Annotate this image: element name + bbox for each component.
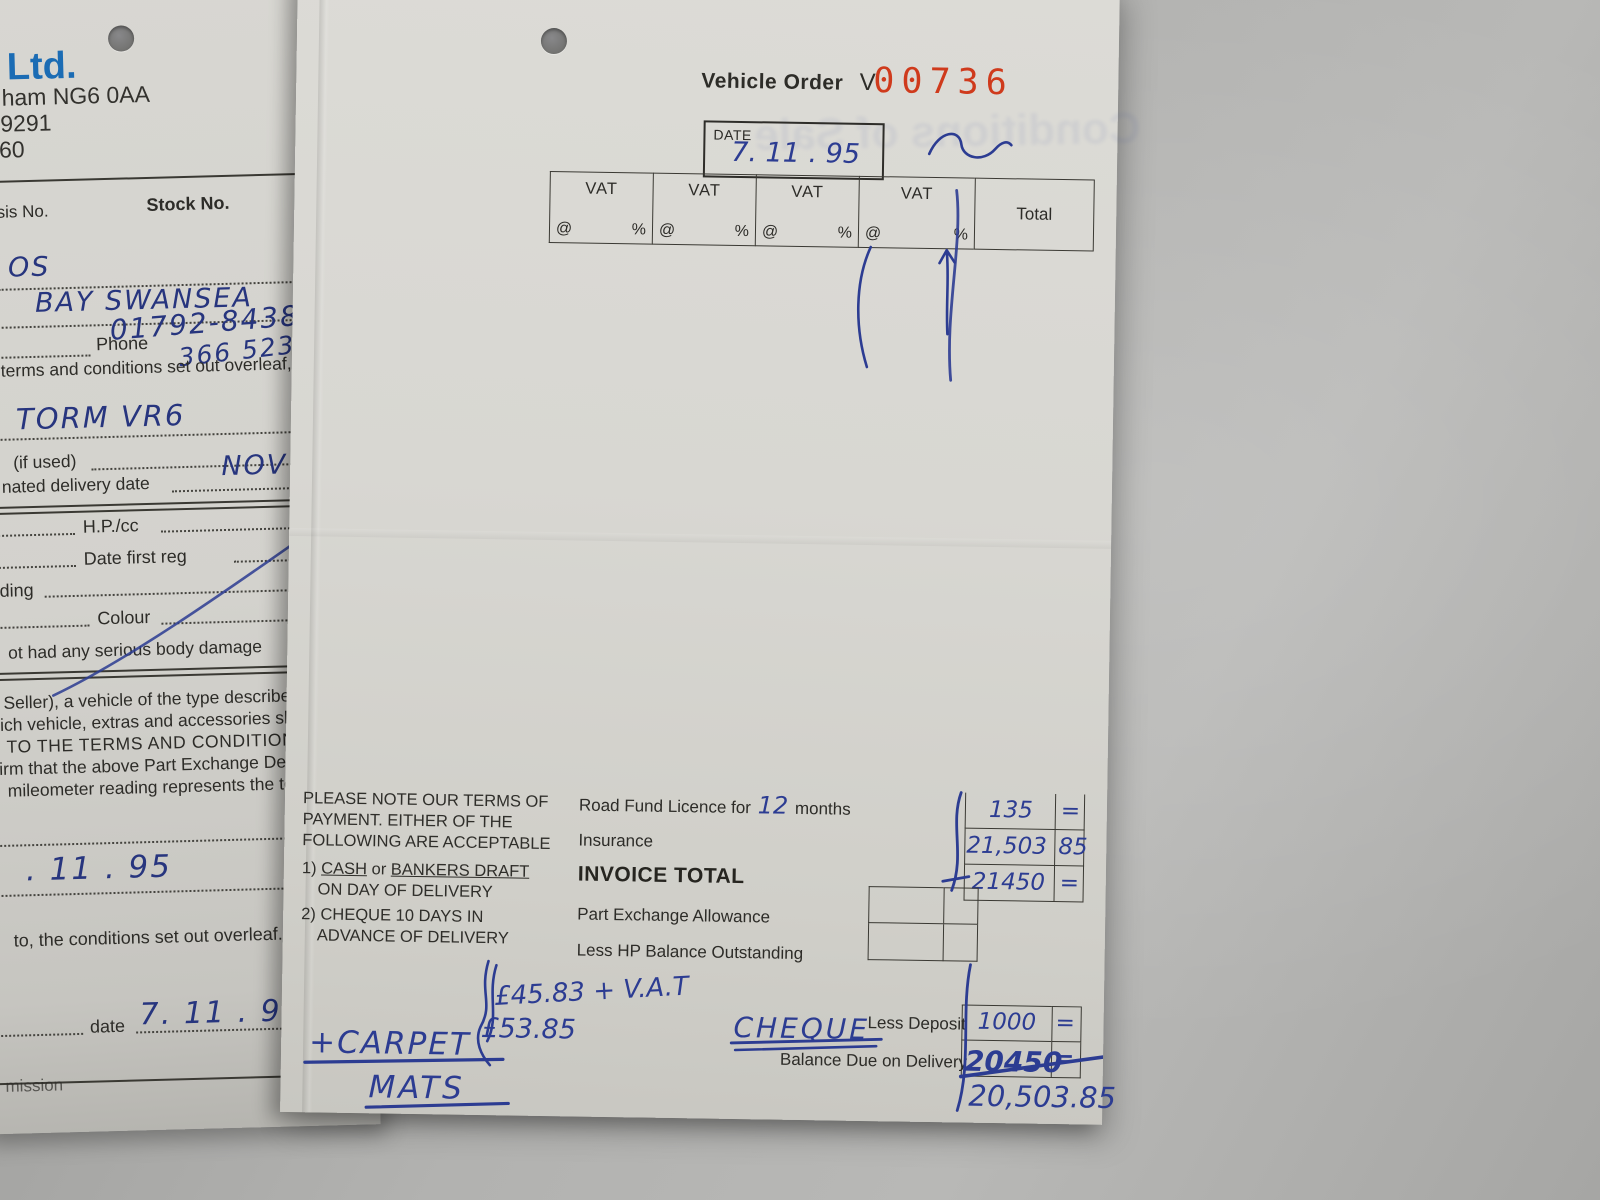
total-label: Total [1016, 204, 1052, 225]
hw-carpet-1: +CARPET [309, 1024, 471, 1063]
chassis-no-label: sis No. [0, 202, 49, 223]
paren-stroke [857, 247, 870, 367]
balance-due-amount-row: 20450 = [961, 1041, 1082, 1079]
footer-fragment: mission [5, 1075, 63, 1097]
order-number: 00736 [873, 61, 1014, 103]
hp-cc-label: H.P./cc [83, 515, 139, 537]
invoice-total-amount: 21450 [972, 869, 1046, 896]
payment-option1-line2: ON DAY OF DELIVERY [301, 879, 529, 904]
balance-due-amount: 20450 [965, 1045, 1063, 1080]
delivery-date-label: nated delivery date [2, 473, 150, 498]
hw-vehicle: TORM VR6 [16, 398, 186, 436]
hw-vat-calc-1: £45.83 + V.A.T [493, 971, 689, 1011]
less-deposit-pence: = [1055, 1010, 1075, 1036]
vat-label: VAT [550, 179, 652, 200]
hole-punch [108, 25, 135, 52]
fold-crease-horizontal [289, 528, 1111, 549]
total-header: Total [974, 178, 1095, 252]
photo-scene: Ltd. ham NG6 0AA 9291 60 sis No. Stock N… [0, 0, 1600, 1200]
hw-months: 12 [757, 791, 788, 819]
less-hp-label: Less HP Balance Outstanding [577, 940, 804, 964]
less-deposit-label: Less Deposit [867, 1013, 966, 1035]
invoice-total-pence: = [1060, 870, 1080, 896]
form-title-text: Vehicle Order [701, 69, 843, 94]
percent-symbol: % [954, 226, 969, 244]
phone-fragment-1: 9291 [0, 109, 52, 137]
vat-label: VAT [859, 184, 974, 205]
less-deposit-amount: 1000 [977, 1009, 1036, 1036]
up-arrow-stroke [938, 250, 954, 334]
at-symbol: @ [762, 223, 779, 241]
payment-option1-or: or [371, 860, 386, 878]
payment-option-1: 1) CASH or BANKERS DRAFT ON DAY OF DELIV… [301, 858, 529, 904]
less-deposit-amount-row: 1000 = [961, 1005, 1082, 1043]
invoice-total-amount-row: 21450 = [963, 865, 1084, 903]
hw-date-partial: . 11 . 95 [25, 849, 172, 889]
if-used-label: (if used) [13, 451, 77, 474]
at-symbol: @ [865, 225, 882, 243]
road-fund-label-post: months [795, 799, 851, 819]
deposit-box-stack: 1000 = 20450 = [961, 1005, 1082, 1079]
stock-no-label: Stock No. [146, 193, 230, 216]
insurance-label: Insurance [578, 831, 653, 852]
balance-due-corrected: 20,503.85 [968, 1079, 1116, 1115]
totals-box-stack: 135 = 21,503 85 21450 = [963, 793, 1085, 903]
vat-header-3: VAT @ % [755, 174, 859, 248]
vat-header-4: VAT @ % [858, 176, 975, 250]
percent-symbol: % [632, 221, 647, 239]
payment-option2-line2: ADVANCE OF DELIVERY [301, 925, 509, 949]
insurance-pence: 85 [1058, 834, 1088, 860]
part-exchange-boxes [868, 886, 979, 962]
hw-date: 7. 11 . 95 [139, 993, 303, 1032]
vat-label: VAT [653, 181, 755, 202]
order-table: VAT @ % VAT @ % VAT @ % VAT @ % [294, 167, 1095, 252]
hw-carpet-2: MATS [368, 1069, 465, 1107]
payment-option-2: 2) CHEQUE 10 DAYS IN ADVANCE OF DELIVERY [301, 904, 510, 949]
road-fund-amount: 135 [989, 797, 1033, 824]
date-first-reg-label: Date first reg [83, 546, 187, 570]
balance-due-label: Balance Due on Delivery [780, 1050, 967, 1073]
vat-label: VAT [756, 182, 858, 203]
hw-cheque: CHEQUE [733, 1011, 870, 1046]
phone-fragment-2: 60 [0, 136, 25, 164]
reading-label: Reading [0, 580, 34, 603]
at-symbol: @ [556, 220, 573, 238]
hw-order-date: 7. 11 . 95 [731, 137, 860, 170]
payment-option1-draft: BANKERS DRAFT [391, 861, 530, 881]
road-fund-amount-row: 135 = [965, 793, 1086, 831]
date-box: DATE 7. 11 . 95 [703, 120, 885, 180]
hw-vat-calc-2: £53.85 [481, 1013, 576, 1045]
insurance-amount: 21,503 [966, 833, 1047, 860]
colour-label: Colour [97, 607, 151, 629]
road-fund-label: Road Fund Licence for 12 months [579, 789, 851, 821]
payment-note-line3: FOLLOWING ARE ACCEPTABLE [302, 830, 550, 855]
vat-header-2: VAT @ % [652, 173, 756, 247]
table-header: VAT @ % VAT @ % VAT @ % VAT @ % [549, 171, 1095, 252]
balance-due-pence: = [1055, 1046, 1075, 1072]
hw-name-fragment: OS [8, 251, 51, 283]
invoice-total-label: INVOICE TOTAL [578, 863, 745, 890]
date-label: date [90, 1016, 126, 1038]
form-title: Vehicle Order V [701, 66, 876, 97]
percent-symbol: % [838, 225, 853, 243]
road-fund-pence: = [1061, 798, 1081, 824]
payment-note: PLEASE NOTE OUR TERMS OF PAYMENT. EITHER… [302, 788, 551, 855]
road-fund-label-pre: Road Fund Licence for [579, 796, 751, 818]
payment-option1-num: 1) [302, 859, 317, 877]
hw-delivery-month: NOV [221, 449, 288, 482]
part-exchange-label: Part Exchange Allowance [577, 905, 770, 928]
insurance-amount-row: 21,503 85 [964, 829, 1085, 867]
vat-header-1: VAT @ % [549, 171, 653, 245]
at-symbol: @ [659, 222, 676, 240]
percent-symbol: % [735, 223, 750, 241]
vehicle-order-paper: Conditions of Sale Vehicle Order V 00736… [280, 0, 1120, 1125]
hole-punch [541, 28, 567, 54]
address-fragment: ham NG6 0AA [1, 81, 150, 112]
payment-option1-cash: CASH [321, 859, 367, 878]
